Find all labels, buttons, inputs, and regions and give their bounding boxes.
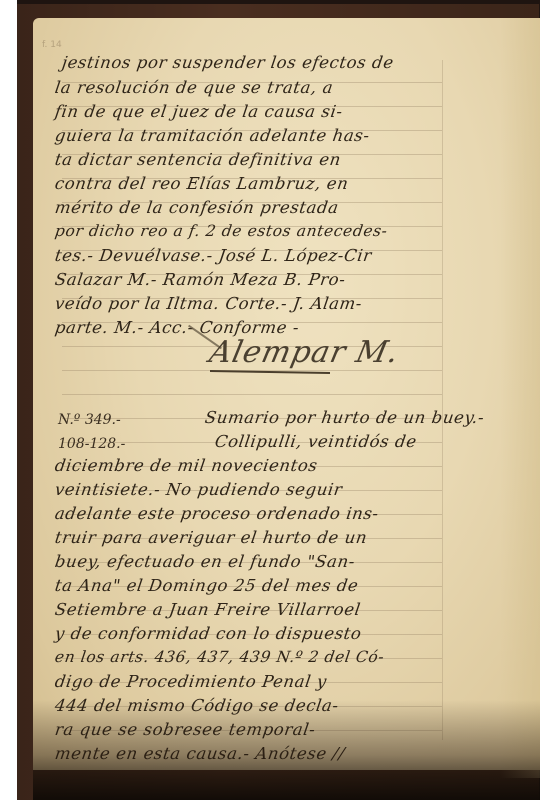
- signature: Alempar M.: [206, 335, 402, 370]
- entry-heading: Sumario por hurto de un buey.-: [204, 408, 486, 427]
- text-line: contra del reo Elías Lambruz, en: [54, 174, 350, 193]
- text-line: mérito de la confesión prestada: [54, 198, 340, 217]
- text-line: tes.- Devuélvase.- José L. López-Cir: [54, 246, 373, 265]
- right-margin-line: [442, 60, 443, 740]
- text-line: y de conformidad con lo dispuesto: [54, 624, 363, 643]
- text-line: buey, efectuado en el fundo "San-: [54, 552, 357, 571]
- text-line: veído por la Iltma. Corte.- J. Alam-: [54, 294, 364, 313]
- text-line: veintisiete.- No pudiendo seguir: [54, 480, 344, 499]
- text-line: jestinos por suspender los efectos de: [61, 53, 395, 72]
- text-line: Collipulli, veintidós de: [214, 432, 418, 451]
- corner-folio-mark: f. 14: [42, 40, 62, 50]
- text-line: digo de Procedimiento Penal y: [54, 672, 329, 691]
- text-line: adelante este proceso ordenado ins-: [54, 504, 380, 523]
- text-line: ta Ana" el Domingo 25 del mes de: [54, 576, 360, 595]
- entry-number: N.º 349.-: [58, 412, 121, 428]
- text-line: en los arts. 436, 437, 439 N.º 2 del Có-: [54, 648, 386, 666]
- text-line: ta dictar sentencia definitiva en: [54, 150, 343, 169]
- text-line: truir para averiguar el hurto de un: [54, 528, 369, 547]
- text-line: Salazar M.- Ramón Meza B. Pro-: [54, 270, 347, 289]
- paper-shadow-right: [500, 18, 540, 778]
- paper-shadow-bottom: [33, 700, 540, 800]
- text-line: fin de que el juez de la causa si-: [54, 102, 344, 121]
- text-line: por dicho reo a f. 2 de estos antecedes-: [54, 222, 389, 240]
- entry-folio: 108-128.-: [58, 436, 125, 452]
- text-line: diciembre de mil novecientos: [54, 456, 319, 475]
- text-line: Setiembre a Juan Freire Villarroel: [54, 600, 362, 619]
- text-line: la resolución de que se trata, a: [54, 78, 335, 97]
- text-line: guiera la tramitación adelante has-: [54, 126, 371, 145]
